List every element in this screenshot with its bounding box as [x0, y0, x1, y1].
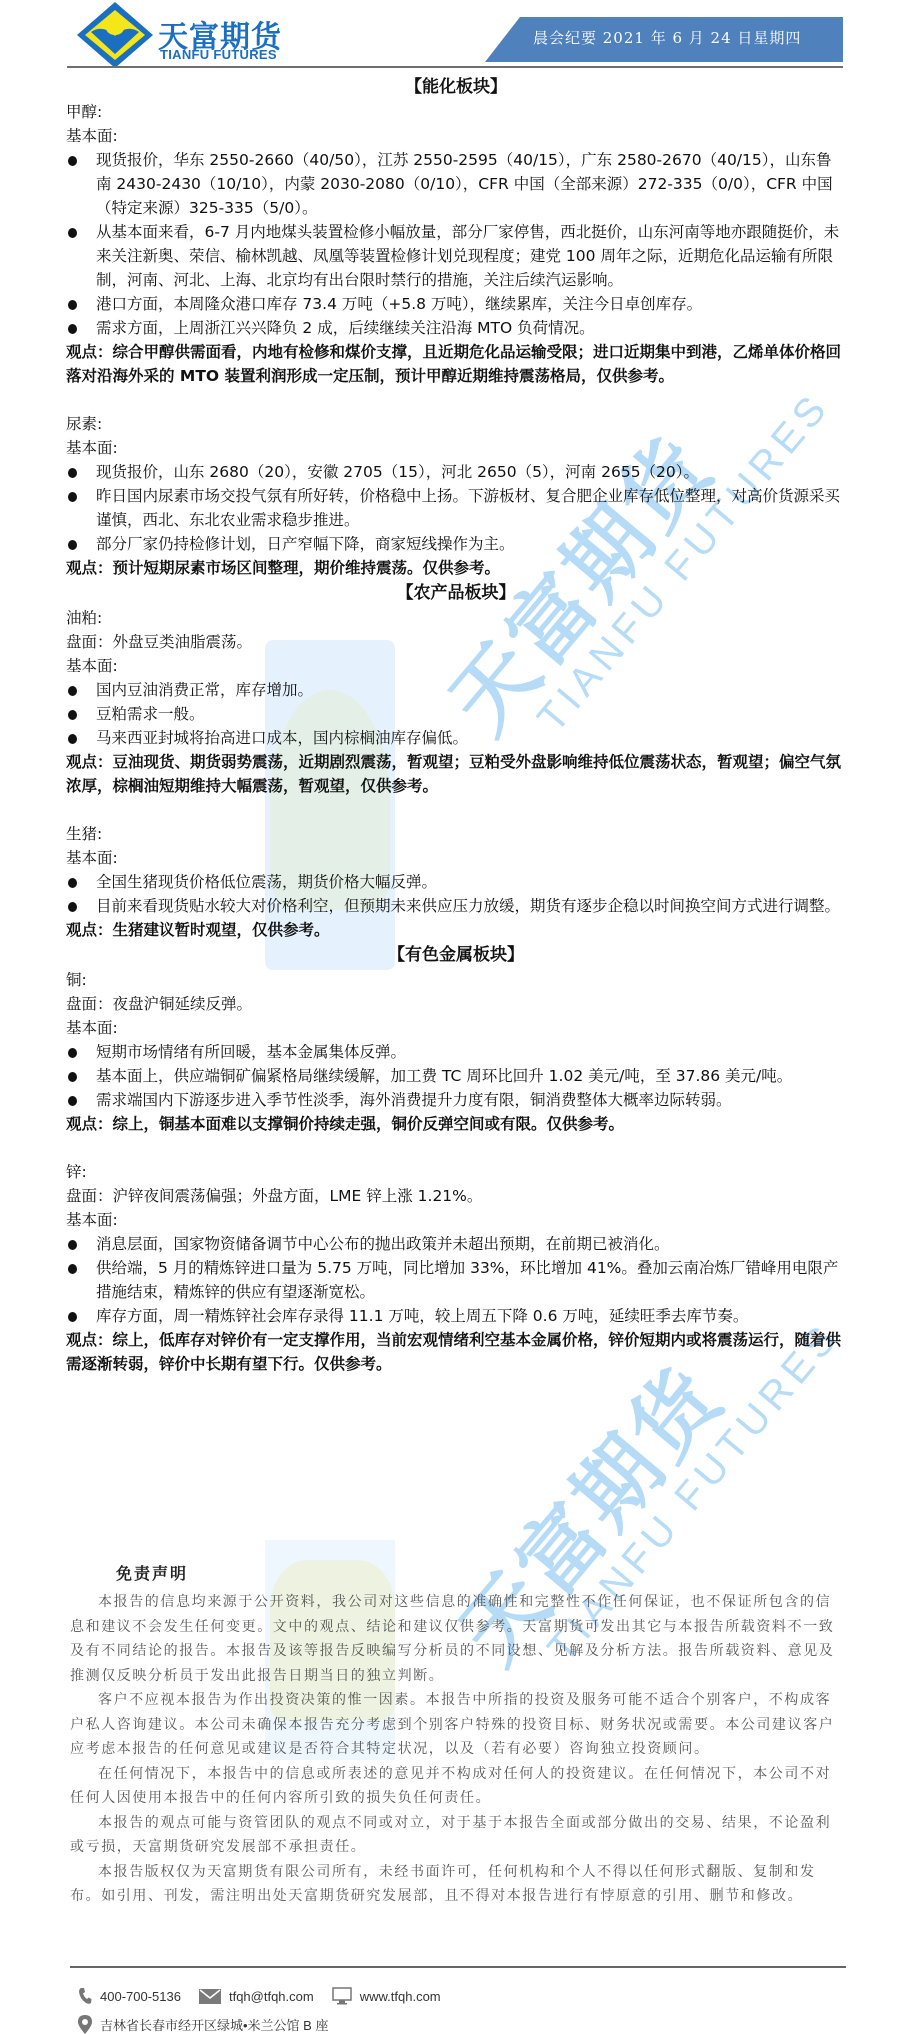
- view-urea: 观点：预计短期尿素市场区间整理，期价维持震荡。仅供参考。: [66, 556, 846, 580]
- section-title-energy-chem: 【能化板块】: [66, 74, 846, 100]
- disclaimer-paragraph: 本报告版权仅为天富期货有限公司所有，未经书面许可，任何机构和个人不得以任何形式翻…: [70, 1860, 846, 1909]
- mail-icon: [199, 1989, 221, 2004]
- report-body: 【能化板块】 甲醇: 基本面: 现货报价，华东 2550-2660（40/50）…: [66, 74, 846, 1376]
- contact-phone: 400-700-5136: [78, 1987, 181, 2005]
- view-copper: 观点：综上，铜基本面难以支撑铜价持续走强，铜价反弹空间或有限。仅供参考。: [66, 1112, 846, 1136]
- fundamentals-label: 基本面:: [66, 436, 846, 460]
- disclaimer-paragraph: 客户不应视本报告为作出投资决策的惟一因素。本报告中所指的投资及服务可能不适合个别…: [70, 1688, 846, 1762]
- tianfu-logo-icon: [75, 2, 155, 68]
- disclaimer-title: 免责声明: [70, 1560, 846, 1588]
- disclaimer-paragraph: 本报告的信息均来源于公开资料，我公司对这些信息的准确性和完整性不作任何保证，也不…: [70, 1590, 846, 1688]
- location-pin-icon: [78, 2015, 92, 2034]
- bullet-item: 消息层面，国家物资储备调节中心公布的抛出政策并未超出预期，在前期已被消化。: [66, 1232, 846, 1256]
- phone-icon: [78, 1987, 92, 2005]
- bullet-item: 需求方面，上周浙江兴兴降负 2 成，后续继续关注沿海 MTO 负荷情况。: [66, 316, 846, 340]
- market-summary: 盘面：夜盘沪铜延续反弹。: [66, 992, 846, 1016]
- email-address[interactable]: tfqh@tfqh.com: [229, 1989, 314, 2004]
- bullet-item: 豆粕需求一般。: [66, 702, 846, 726]
- contact-email: tfqh@tfqh.com: [199, 1989, 314, 2004]
- disclaimer: 免责声明 本报告的信息均来源于公开资料，我公司对这些信息的准确性和完整性不作任何…: [70, 1560, 846, 1909]
- view-methanol: 观点：综合甲醇供需面看，内地有检修和煤价支撑，且近期危化品运输受限；进口近期集中…: [66, 340, 846, 388]
- report-header: 天富期货 TIANFU FUTURES 晨会纪要 2021 年 6 月 24 日…: [0, 0, 901, 68]
- phone-number: 400-700-5136: [100, 1989, 181, 2004]
- bullet-item: 库存方面，周一精炼锌社会库存录得 11.1 万吨，较上周五下降 0.6 万吨，延…: [66, 1304, 846, 1328]
- contact-address: 吉林省长春市经开区绿城•米兰公馆 B 座: [78, 2015, 328, 2034]
- report-date-title: 晨会纪要 2021 年 6 月 24 日星期四: [533, 27, 801, 48]
- product-name-hogs: 生猪:: [66, 822, 846, 846]
- bullet-item: 基本面上，供应端铜矿偏紧格局继续缓解，加工费 TC 周环比回升 1.02 美元/…: [66, 1064, 846, 1088]
- contact-website: www.tfqh.com: [332, 1987, 441, 2005]
- bullet-item: 国内豆油消费正常，库存增加。: [66, 678, 846, 702]
- product-name-oils-meals: 油粕:: [66, 606, 846, 630]
- report-page: 天富期货 TIANFU FUTURES 天富期货 TIANFU FUTURES …: [0, 0, 901, 2034]
- view-hogs: 观点：生猪建议暂时观望，仅供参考。: [66, 918, 846, 942]
- market-summary: 盘面：外盘豆类油脂震荡。: [66, 630, 846, 654]
- product-name-urea: 尿素:: [66, 412, 846, 436]
- fundamentals-label: 基本面:: [66, 1208, 846, 1232]
- bullet-item: 部分厂家仍持检修计划，日产窄幅下降，商家短线操作为主。: [66, 532, 846, 556]
- bullet-item: 港口方面，本周隆众港口库存 73.4 万吨（+5.8 万吨），继续累库，关注今日…: [66, 292, 846, 316]
- view-oils-meals: 观点：豆油现货、期货弱势震荡，近期剧烈震荡，暂观望；豆粕受外盘影响维持低位震荡状…: [66, 750, 846, 798]
- bullet-item: 供给端，5 月的精炼锌进口量为 5.75 万吨，同比增加 33%，环比增加 41…: [66, 1256, 846, 1304]
- bullet-item: 目前来看现货贴水较大对价格利空，但预期未来供应压力放缓，期货有逐步企稳以时间换空…: [66, 894, 846, 918]
- bullet-item: 马来西亚封城将抬高进口成本，国内棕榈油库存偏低。: [66, 726, 846, 750]
- header-divider: [67, 66, 843, 68]
- fundamentals-label: 基本面:: [66, 124, 846, 148]
- website-url[interactable]: www.tfqh.com: [360, 1989, 441, 2004]
- fundamentals-label: 基本面:: [66, 654, 846, 678]
- product-name-methanol: 甲醇:: [66, 100, 846, 124]
- view-zinc: 观点：综上，低库存对锌价有一定支撑作用，当前宏观情绪利空基本金属价格，锌价短期内…: [66, 1328, 846, 1376]
- address-text: 吉林省长春市经开区绿城•米兰公馆 B 座: [100, 2015, 328, 2034]
- contact-footer: 400-700-5136 tfqh@tfqh.com www.tfqh.com: [78, 1985, 858, 2034]
- bullet-item: 昨日国内尿素市场交投气氛有所好转，价格稳中上扬。下游板材、复合肥企业库存低位整理…: [66, 484, 846, 532]
- market-summary: 盘面：沪锌夜间震荡偏强；外盘方面，LME 锌上涨 1.21%。: [66, 1184, 846, 1208]
- fundamentals-label: 基本面:: [66, 846, 846, 870]
- bullet-item: 从基本面来看，6-7 月内地煤头装置检修小幅放量，部分厂家停售，西北挺价，山东河…: [66, 220, 846, 292]
- disclaimer-paragraph: 本报告的观点可能与资管团队的观点不同或对立，对于基于本报告全面或部分做出的交易、…: [70, 1811, 846, 1860]
- bullet-item: 需求端国内下游逐步进入季节性淡季，海外消费提升力度有限，铜消费整体大概率边际转弱…: [66, 1088, 846, 1112]
- disclaimer-paragraph: 在任何情况下，本报告中的信息或所表述的意见并不构成对任何人的投资建议。在任何情况…: [70, 1762, 846, 1811]
- fundamentals-label: 基本面:: [66, 1016, 846, 1040]
- bullet-item: 现货报价，山东 2680（20），安徽 2705（15），河北 2650（5），…: [66, 460, 846, 484]
- product-name-copper: 铜:: [66, 968, 846, 992]
- product-name-zinc: 锌:: [66, 1160, 846, 1184]
- section-title-agriculture: 【农产品板块】: [66, 580, 846, 606]
- footer-divider: [70, 1966, 846, 1968]
- bullet-item: 全国生猪现货价格低位震荡，期货价格大幅反弹。: [66, 870, 846, 894]
- section-title-nonferrous: 【有色金属板块】: [66, 942, 846, 968]
- brand-name-en: TIANFU FUTURES: [160, 47, 277, 62]
- monitor-icon: [332, 1987, 352, 2005]
- bullet-item: 现货报价，华东 2550-2660（40/50），江苏 2550-2595（40…: [66, 148, 846, 220]
- bullet-item: 短期市场情绪有所回暖，基本金属集体反弹。: [66, 1040, 846, 1064]
